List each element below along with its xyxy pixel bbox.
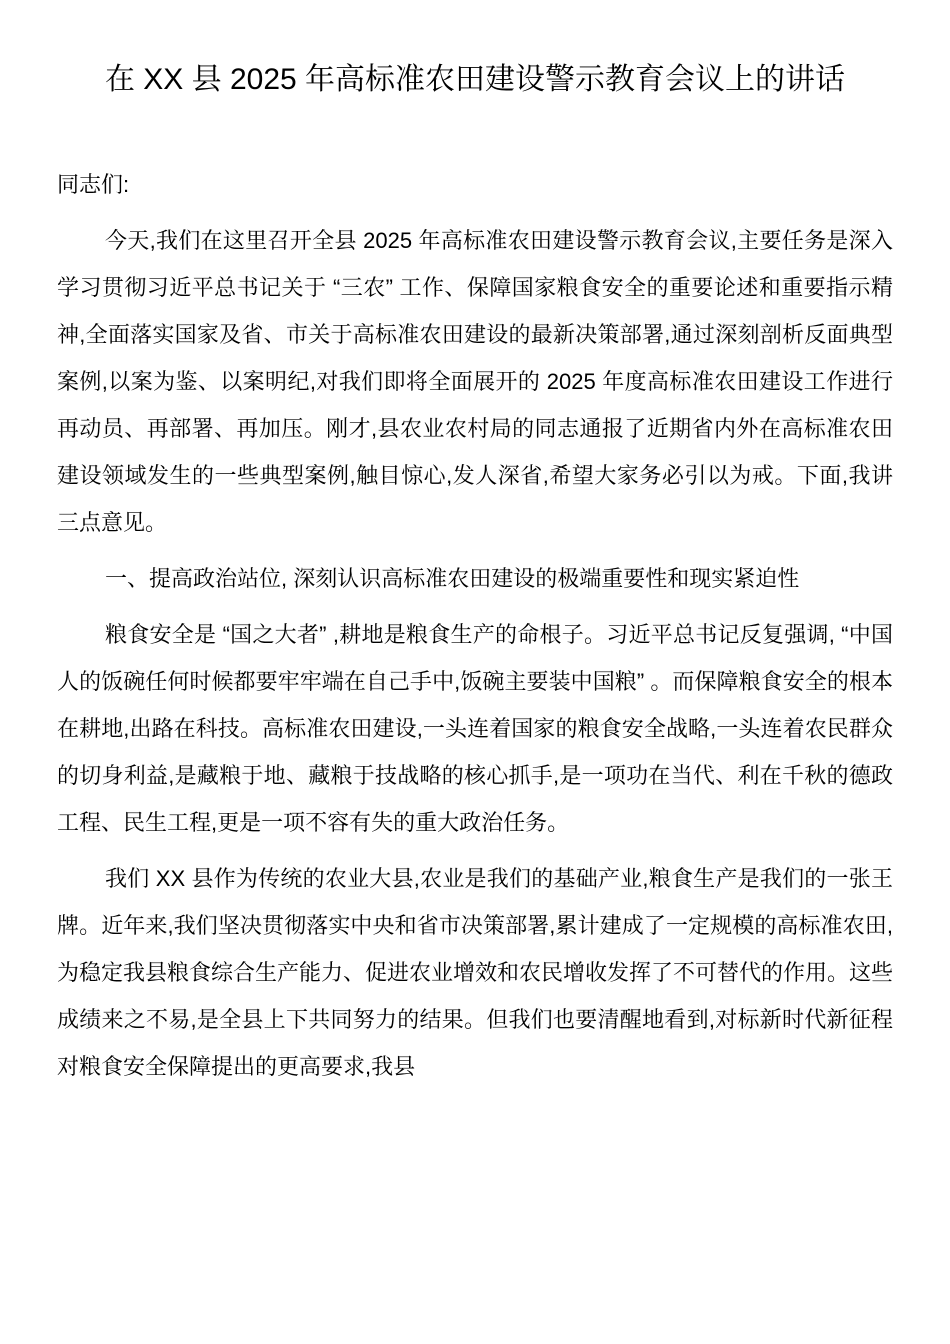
paragraph-county-achievements: 我们 XX 县作为传统的农业大县,农业是我们的基础产业,粮食生产是我们的一张王牌… (57, 855, 893, 1090)
document-title: 在 XX 县 2025 年高标准农田建设警示教育会议上的讲话 (57, 56, 893, 104)
section-heading-one: 一、提高政治站位, 深刻认识高标准农田建设的极端重要性和现实紧迫性 (57, 555, 893, 602)
paragraph-food-security: 粮食安全是 “国之大者” ,耕地是粮食生产的命根子。习近平总书记反复强调, “中… (57, 611, 893, 846)
document-page: 在 XX 县 2025 年高标准农田建设警示教育会议上的讲话 同志们: 今天,我… (0, 0, 950, 1344)
salutation: 同志们: (57, 161, 893, 208)
paragraph-opening: 今天,我们在这里召开全县 2025 年高标准农田建设警示教育会议,主要任务是深入… (57, 217, 893, 546)
